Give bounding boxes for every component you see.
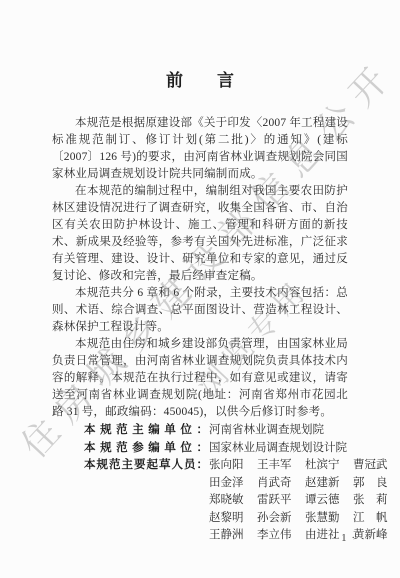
drafter-row: 田金泽 肖武奇 赵建新 郭 良 [209,475,390,493]
paragraph-management: 本规范由住房和城乡建设部负责管理，由国家林业局负责日常管理，由河南省林业调查规划… [52,336,348,421]
drafter-name: 雷跃平 [257,492,294,510]
drafter-name: 王静洲 [209,527,246,545]
drafter-names: 张向阳 王丰军 杜滨宁 曹冠武 田金泽 肖武奇 赵建新 郭 良 郑晓敏 雷跃平 … [208,457,390,545]
drafter-name: 杜滨宁 [305,457,342,475]
paragraph-contents: 本规范共分 6 章和 6 个附录，主要技术内容包括：总则、术语、综合调查、总平面… [52,285,348,336]
co-editor-line: 本规范参编单位： 国家林业局调查规划设计院 [84,440,348,458]
drafter-name: 王丰军 [257,457,294,475]
chief-editor-label: 本规范主编单位： [84,422,208,440]
drafter-name: 孙会新 [257,510,294,528]
preface-body: 本规范是根据原建设部《关于印发〈2007 年工程建设标准规范制订、修订计划(第二… [52,115,348,421]
drafter-name: 张 莉 [353,492,390,510]
drafter-name: 郑晓敏 [209,492,246,510]
drafter-name: 江 帆 [353,510,390,528]
drafter-row: 王静洲 李立伟 由进社 黄新峰 [209,527,390,545]
drafter-name: 郭 良 [353,475,390,493]
page-number: · 1 · [333,532,356,544]
drafter-name: 田金泽 [209,475,246,493]
credits-section: 本规范主编单位： 河南省林业调查规划院 本规范参编单位： 国家林业局调查规划设计… [84,422,348,545]
drafter-name: 黄新峰 [353,527,390,545]
paragraph-basis: 本规范是根据原建设部《关于印发〈2007 年工程建设标准规范制订、修订计划(第二… [52,115,348,183]
drafter-name: 谭云德 [305,492,342,510]
drafter-name: 赵建新 [305,475,342,493]
drafter-row: 郑晓敏 雷跃平 谭云德 张 莉 [209,492,390,510]
document-page: 前 言 本规范是根据原建设部《关于印发〈2007 年工程建设标准规范制订、修订计… [0,0,400,578]
page-title: 前 言 [52,66,348,91]
drafter-row: 张向阳 王丰军 杜滨宁 曹冠武 [209,457,390,475]
chief-editor-value: 河南省林业调查规划院 [208,422,324,440]
drafters-label: 本规范主要起草人员： [84,457,208,475]
paragraph-process: 在本规范的编制过程中，编制组对我国主要农田防护林区建设情况进行了调查研究，收集全… [52,183,348,285]
drafter-name: 肖武奇 [257,475,294,493]
chief-editor-line: 本规范主编单位： 河南省林业调查规划院 [84,422,348,440]
drafter-name: 曹冠武 [353,457,390,475]
drafters-line: 本规范主要起草人员： 张向阳 王丰军 杜滨宁 曹冠武 田金泽 肖武奇 赵建新 郭… [84,457,348,545]
co-editor-value: 国家林业局调查规划设计院 [208,440,347,458]
co-editor-label: 本规范参编单位： [84,440,208,458]
drafter-name: 张向阳 [209,457,246,475]
drafter-name: 李立伟 [257,527,294,545]
drafter-name: 赵黎明 [209,510,246,528]
drafter-name: 张慧勤 [305,510,342,528]
drafter-row: 赵黎明 孙会新 张慧勤 江 帆 [209,510,390,528]
